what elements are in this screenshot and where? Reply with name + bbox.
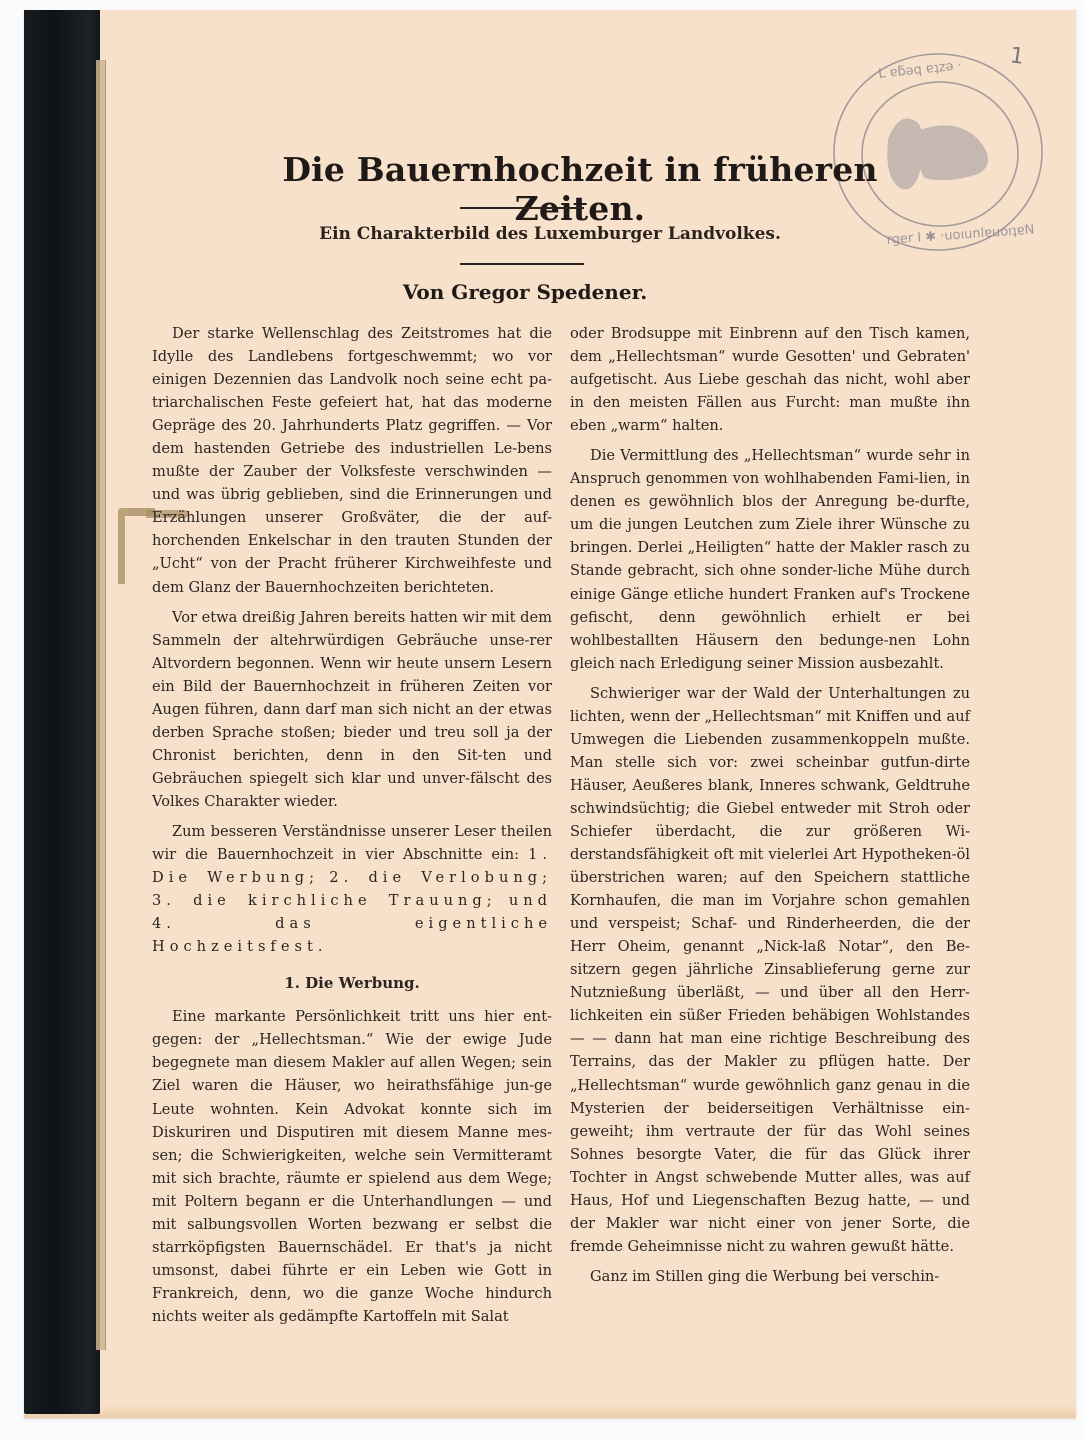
sections-overview-paragraph: Zum besseren Verständnisse unserer Leser… [152,820,552,958]
right-text-column: oder Brodsuppe mit Einbrenn auf den Tisc… [570,322,970,1295]
paragraph: Schwieriger war der Wald der Unterhaltun… [570,682,970,1258]
article-subtitle: Ein Charakterbild des Luxemburger Landvo… [260,224,840,244]
article-author: Von Gregor Spedener. [300,280,750,304]
section-list-item: 3. die kirchliche Trauung; [152,892,497,909]
paragraph: Ganz im Stillen ging die Werbung bei ver… [570,1265,970,1288]
paragraph: Vor etwa dreißig Jahren bereits hatten w… [152,606,552,813]
svg-text:rger I ✱ ·uoıunlɐuoıʇɐN: rger I ✱ ·uoıunlɐuoıʇɐN [886,223,1035,248]
sections-lead: Zum besseren Verständnisse unserer Leser… [152,823,552,863]
book-binding-spine [24,10,100,1414]
article-title: Die Bauernhochzeit in früheren Zeiten. [260,150,900,228]
paragraph-continuation: oder Brodsuppe mit Einbrenn auf den Tisc… [570,322,970,437]
paragraph: Die Vermittlung des „Hellechtsman“ wurde… [570,444,970,674]
svg-text:L ɐƃǝq ɐʇzǝ ·: L ɐƃǝq ɐʇzǝ · [878,58,963,82]
section-list-item: 2. die Verlobung; [329,869,552,886]
subtitle-divider [460,263,584,265]
torn-paper-edge [96,60,106,1350]
tape-stain-mark [118,508,155,584]
title-divider [460,207,584,209]
paragraph: Der starke Wellenschlag des Zeitstromes … [152,322,552,599]
section-heading: 1. Die Werbung. [152,972,552,995]
paragraph: Eine markante Persönlichkeit tritt uns h… [152,1005,552,1328]
left-text-column: Der starke Wellenschlag des Zeitstromes … [152,322,552,1335]
